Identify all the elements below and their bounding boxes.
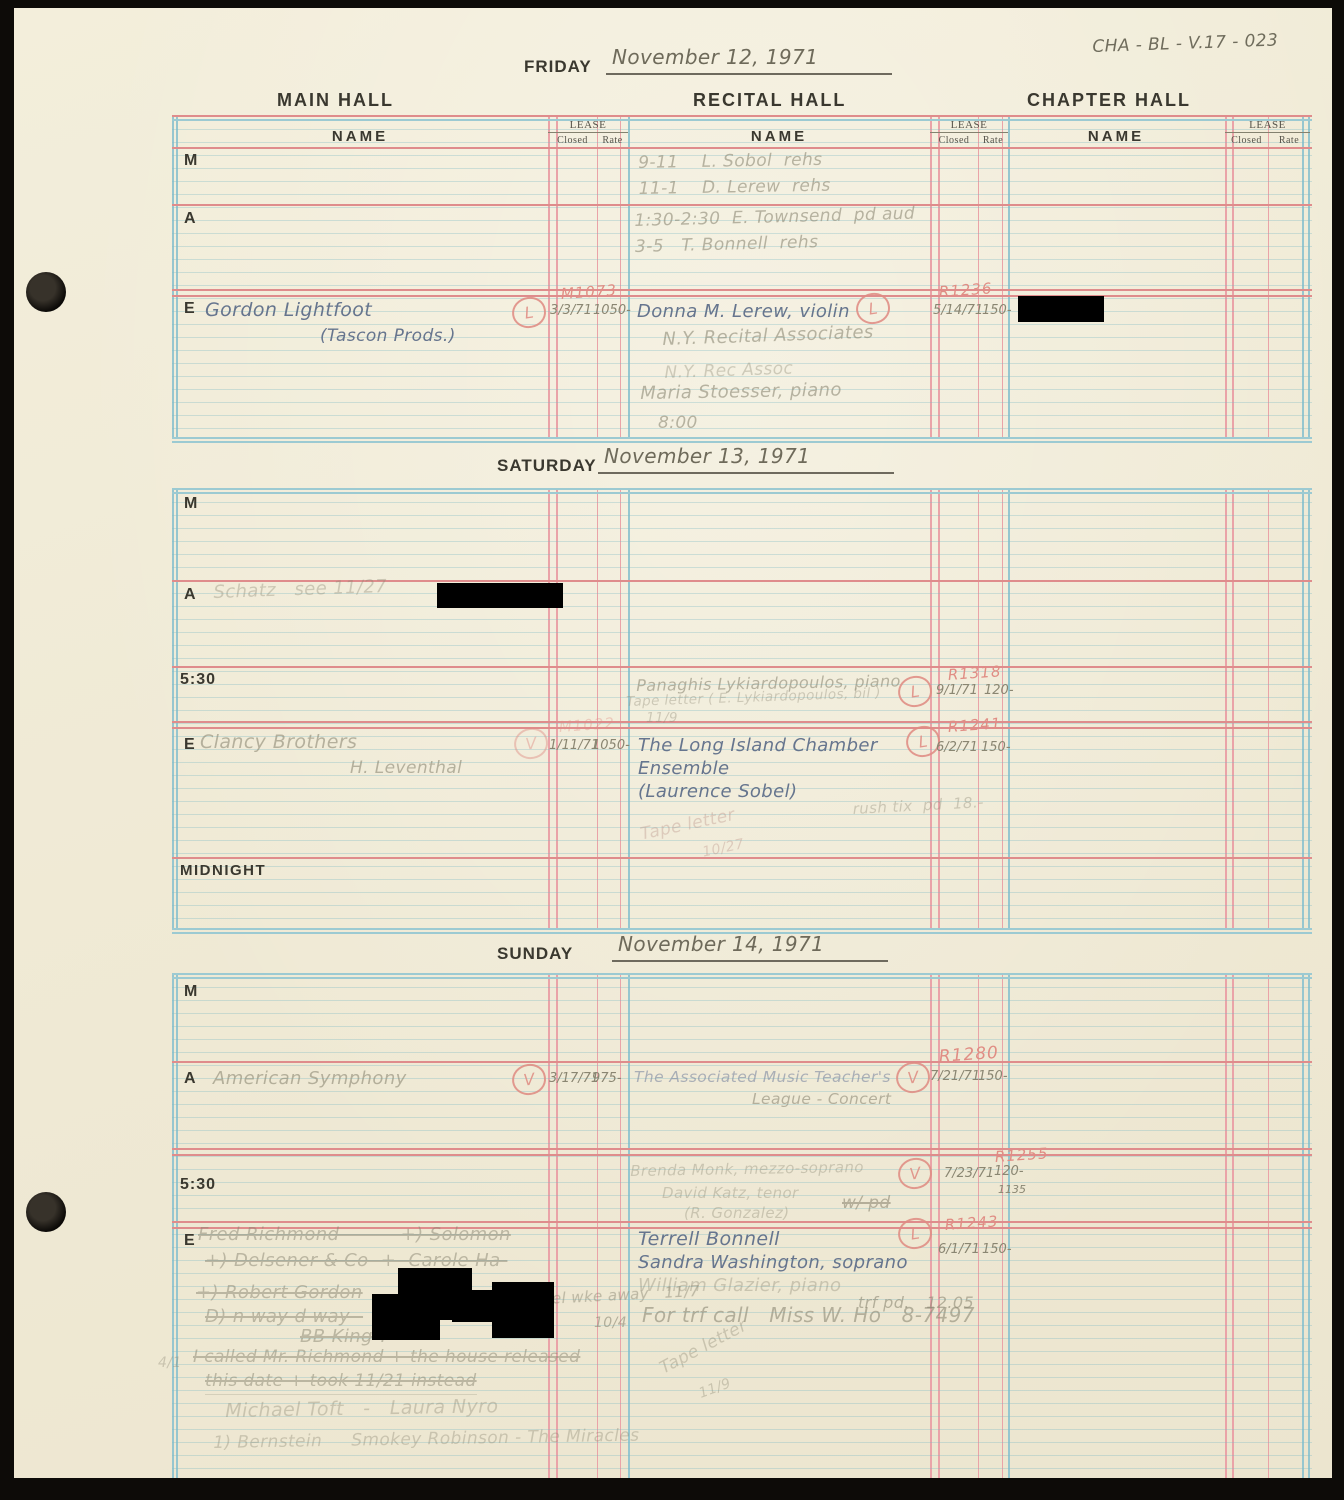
hall-title-recital: RECITAL HALL bbox=[693, 90, 846, 111]
row-label-530: 5:30 bbox=[180, 1176, 216, 1194]
row-label-evening: E bbox=[184, 300, 196, 318]
closed-header-recital: Closed bbox=[930, 135, 978, 146]
row-label-morning: M bbox=[184, 495, 198, 513]
date-friday: November 12, 1971 bbox=[606, 44, 892, 75]
col-header-name-recital: NAME bbox=[679, 128, 879, 145]
hall-title-chapter: CHAPTER HALL bbox=[1027, 90, 1191, 111]
entry-maria-stoesser: Maria Stoesser, piano bbox=[640, 377, 842, 407]
lease-closed-sun-recital-e: 6/1/71 bbox=[938, 1242, 980, 1258]
entry-friday-recital-afternoon: 1:30-2:30 E. Townsend pd aud 3-5 T. Bonn… bbox=[634, 201, 916, 260]
entry-lykiardopoulos-date: 11/9 bbox=[646, 710, 678, 726]
lease-number-sun-recital-e: R1243 bbox=[944, 1208, 999, 1238]
redaction-friday-chapter bbox=[1018, 296, 1104, 322]
lease-rate-friday-recital: 150- bbox=[982, 303, 1012, 319]
rule bbox=[172, 119, 1312, 121]
day-label-sunday: SUNDAY bbox=[497, 944, 573, 964]
rule bbox=[172, 437, 1312, 439]
rule bbox=[930, 132, 1008, 133]
note-call-date: 10/4 bbox=[594, 1310, 627, 1336]
rule bbox=[172, 721, 1312, 723]
entry-william-glazier: William Glazier, piano bbox=[638, 1273, 841, 1299]
note-michael-toft: Michael Toft - Laura Nyro bbox=[225, 1393, 499, 1424]
hole-punch-top bbox=[26, 272, 66, 312]
row-label-530: 5:30 bbox=[180, 671, 216, 689]
rule bbox=[172, 928, 1312, 930]
row-label-morning: M bbox=[184, 152, 198, 170]
lease-closed-sun-530: 7/23/71 bbox=[944, 1166, 994, 1182]
rule bbox=[548, 132, 628, 133]
rate-header-chapter: Rate bbox=[1268, 135, 1310, 146]
lease-rate2-sun-530: 1135 bbox=[998, 1182, 1026, 1198]
lease-closed-sat-530: 9/1/71 bbox=[936, 683, 978, 699]
date-saturday: November 13, 1971 bbox=[598, 443, 894, 474]
entry-american-symphony: American Symphony bbox=[213, 1066, 407, 1092]
col-header-name-chapter: NAME bbox=[1016, 128, 1216, 145]
row-label-midnight: MIDNIGHT bbox=[180, 862, 266, 879]
lease-number-sat-main: M1022 bbox=[558, 710, 616, 740]
lease-rate-sat-530: 120- bbox=[984, 683, 1014, 699]
redaction-sunday-4 bbox=[492, 1282, 554, 1338]
lease-number-sun-recital-a: R1280 bbox=[938, 1040, 1000, 1070]
note-margin-date: 4/1 bbox=[158, 1350, 182, 1376]
lease-header-recital: LEASE bbox=[930, 119, 1008, 131]
entry-gordon-lightfoot-agent: (Tascon Prods.) bbox=[320, 323, 456, 349]
entry-laurence-sobel: (Laurence Sobel) bbox=[638, 779, 797, 805]
rule bbox=[172, 488, 1312, 490]
lease-closed-friday-recital: 5/14/71 bbox=[933, 303, 983, 319]
rule bbox=[1225, 132, 1310, 133]
struck-entry-1: Fred Richmond +) Solomon bbox=[198, 1222, 511, 1248]
note-for-trf-call: For trf call Miss W. Ho 8-7497 bbox=[642, 1302, 975, 1328]
col-header-name-main: NAME bbox=[250, 128, 470, 145]
closed-header-chapter: Closed bbox=[1225, 135, 1268, 146]
lease-closed-sat-recital: 6/2/71 bbox=[936, 740, 978, 756]
lease-rate-friday-main: 1050- bbox=[593, 303, 631, 319]
entry-gonzalez: (R. Gonzalez) bbox=[684, 1200, 790, 1226]
note-called-richmond: I called Mr. Richmond + the house releas… bbox=[193, 1344, 580, 1370]
lease-rate-sun-530: 120- bbox=[994, 1164, 1024, 1180]
redaction-sunday-2 bbox=[372, 1294, 440, 1340]
rule bbox=[172, 1148, 1312, 1150]
rate-header-main: Rate bbox=[597, 135, 628, 146]
hole-punch-bottom bbox=[26, 1192, 66, 1232]
row-label-afternoon: A bbox=[184, 586, 197, 604]
entry-league-concert: League - Concert bbox=[752, 1086, 891, 1112]
lease-closed-sun-recital-a: 7/21/71 bbox=[930, 1069, 980, 1085]
date-sunday: November 14, 1971 bbox=[612, 931, 888, 962]
note-w-pd: w/ pd bbox=[842, 1190, 891, 1216]
row-label-evening: E bbox=[184, 1232, 196, 1250]
entry-showtime: 8:00 bbox=[658, 410, 698, 436]
day-label-saturday: SATURDAY bbox=[497, 456, 597, 476]
rule bbox=[172, 977, 1312, 979]
lease-rate-sat-recital: 150- bbox=[981, 740, 1011, 756]
row-label-morning: M bbox=[184, 983, 198, 1001]
redaction-saturday-afternoon bbox=[437, 583, 563, 608]
entry-clancy-brothers: Clancy Brothers bbox=[200, 729, 357, 755]
lease-closed-friday-main: 3/3/71 bbox=[550, 303, 592, 319]
struck-entry-3: +) Robert Gordon bbox=[196, 1280, 363, 1306]
rule bbox=[172, 115, 1312, 117]
rule bbox=[172, 492, 1312, 494]
entry-gordon-lightfoot: Gordon Lightfoot bbox=[205, 297, 372, 323]
lease-header-main: LEASE bbox=[548, 119, 628, 131]
closed-header-main: Closed bbox=[548, 135, 597, 146]
row-label-afternoon: A bbox=[184, 210, 197, 228]
entry-terrell-bonnell: Terrell Bonnell bbox=[638, 1226, 780, 1252]
row-label-afternoon: A bbox=[184, 1070, 197, 1088]
rule bbox=[172, 1061, 1312, 1063]
lease-rate-sat-main: 1050- bbox=[592, 738, 630, 754]
rule bbox=[172, 289, 1312, 291]
day-label-friday: FRIDAY bbox=[524, 57, 592, 77]
lease-number-friday-recital: R1236 bbox=[938, 275, 993, 305]
entry-friday-recital-morning: 9-11 L. Sobol rehs 11-1 D. Lerew rehs bbox=[638, 147, 831, 202]
lease-rate-sun-recital-a: 150- bbox=[978, 1069, 1008, 1085]
rate-header-recital: Rate bbox=[978, 135, 1008, 146]
lease-rate-sun-recital-e: 150- bbox=[982, 1242, 1012, 1258]
lease-rate-sun-main-a: 975- bbox=[592, 1071, 622, 1087]
lease-number-sat-recital: R1241 bbox=[947, 710, 1002, 740]
ledger-page: CHA - BL - V.17 - 023 FRIDAY November 12… bbox=[0, 0, 1344, 1500]
rule bbox=[172, 973, 1312, 975]
rule bbox=[172, 666, 1312, 668]
row-label-evening: E bbox=[184, 736, 196, 754]
lease-header-chapter: LEASE bbox=[1225, 119, 1310, 131]
note-took-instead: this date + took 11/21 instead bbox=[205, 1368, 477, 1395]
hall-title-main: MAIN HALL bbox=[277, 90, 394, 111]
entry-leventhal: H. Leventhal bbox=[350, 755, 462, 781]
